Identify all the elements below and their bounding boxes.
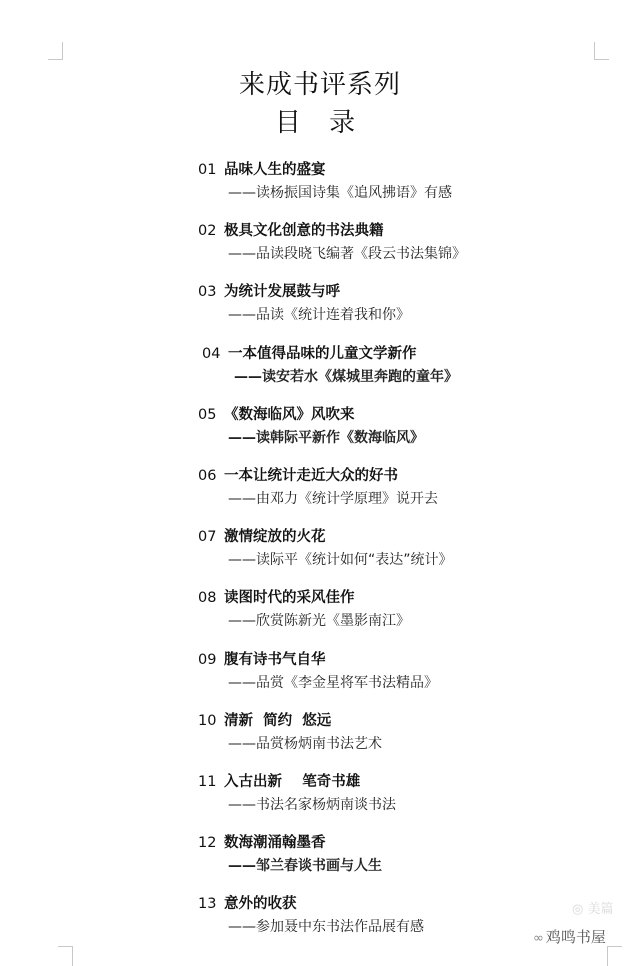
entry-subtitle: ——书法名家杨炳南谈书法 [198,794,578,818]
table-of-contents: 01品味人生的盛宴 ——读杨振国诗集《追风拂语》有感 02极具文化创意的书法典籍… [198,158,578,953]
entry-title: 清新 简约 悠远 [224,713,331,729]
entry-subtitle: ——品赏《李金星将军书法精品》 [198,672,578,696]
toc-entry: 12数海潮涌翰墨香 ——邹兰春谈书画与人生 [198,831,578,892]
page-corner-mark-top-right [594,42,609,60]
toc-entry: 07激情绽放的火花 ——读际平《统计如何“表达”统计》 [198,525,578,586]
entry-number: 01 [198,158,224,182]
toc-entry: 04一本值得品味的儿童文学新作 ——读安若水《煤城里奔跑的童年》 [198,342,578,403]
wechat-icon: ∞ [533,931,544,946]
entry-number: 11 [198,770,224,794]
entry-title: 为统计发展鼓与呼 [224,284,340,300]
document-title: 来成书评系列 [0,64,640,101]
entry-number: 06 [198,464,224,488]
page-corner-mark-top-left [48,42,63,60]
meipian-logo-icon: ◎ [572,902,587,917]
entry-title: 读图时代的采风佳作 [224,590,355,606]
entry-title: 品味人生的盛宴 [224,162,326,178]
meipian-watermark: ◎ 美篇 [572,898,614,917]
entry-number: 13 [198,892,224,916]
entry-number: 12 [198,831,224,855]
page-corner-mark-bottom-left [58,946,73,966]
toc-heading: 目 录 [0,102,640,139]
entry-title: 激情绽放的火花 [224,529,326,545]
toc-entry: 01品味人生的盛宴 ——读杨振国诗集《追风拂语》有感 [198,158,578,219]
entry-title: 数海潮涌翰墨香 [224,835,326,851]
page-corner-mark-bottom-right [607,946,622,966]
toc-entry: 13意外的收获 ——参加聂中东书法作品展有感 [198,892,578,953]
entry-number: 08 [198,586,224,610]
entry-subtitle: ——读杨振国诗集《追风拂语》有感 [198,182,578,206]
account-watermark: ∞鸡鸣书屋 [533,926,606,947]
entry-subtitle: ——参加聂中东书法作品展有感 [198,916,578,940]
toc-entry: 05《数海临风》风吹来 ——读韩际平新作《数海临风》 [198,403,578,464]
entry-title: 一本让统计走近大众的好书 [224,468,398,484]
toc-entry: 06一本让统计走近大众的好书 ——由邓力《统计学原理》说开去 [198,464,578,525]
toc-entry: 02极具文化创意的书法典籍 ——品读段晓飞编著《段云书法集锦》 [198,219,578,280]
entry-number: 10 [198,709,224,733]
entry-subtitle: ——品读段晓飞编著《段云书法集锦》 [198,243,578,267]
entry-number: 05 [198,403,224,427]
entry-title: 极具文化创意的书法典籍 [224,223,384,239]
entry-subtitle: ——由邓力《统计学原理》说开去 [198,488,578,512]
entry-subtitle: ——邹兰春谈书画与人生 [198,855,578,879]
toc-entry: 03为统计发展鼓与呼 ——品读《统计连着我和你》 [198,280,578,341]
toc-entry: 11入古出新 笔奇书雄 ——书法名家杨炳南谈书法 [198,770,578,831]
entry-number: 02 [198,219,224,243]
entry-title: 《数海临风》风吹来 [224,407,355,423]
entry-number: 07 [198,525,224,549]
entry-subtitle: ——欣赏陈新光《墨影南江》 [198,610,578,634]
entry-subtitle: ——品赏杨炳南书法艺术 [198,733,578,757]
account-name: 鸡鸣书屋 [546,928,606,946]
entry-title: 一本值得品味的儿童文学新作 [228,346,417,362]
entry-number: 04 [202,342,228,366]
toc-entry: 10清新 简约 悠远 ——品赏杨炳南书法艺术 [198,709,578,770]
toc-entry: 08读图时代的采风佳作 ——欣赏陈新光《墨影南江》 [198,586,578,647]
entry-number: 03 [198,280,224,304]
entry-subtitle: ——读安若水《煤城里奔跑的童年》 [198,366,578,390]
entry-title: 意外的收获 [224,896,297,912]
entry-title: 入古出新 笔奇书雄 [224,774,360,790]
toc-entry: 09腹有诗书气自华 ——品赏《李金星将军书法精品》 [198,648,578,709]
entry-subtitle: ——读韩际平新作《数海临风》 [198,427,578,451]
entry-subtitle: ——品读《统计连着我和你》 [198,304,578,328]
entry-number: 09 [198,648,224,672]
entry-title: 腹有诗书气自华 [224,652,326,668]
entry-subtitle: ——读际平《统计如何“表达”统计》 [198,549,578,573]
